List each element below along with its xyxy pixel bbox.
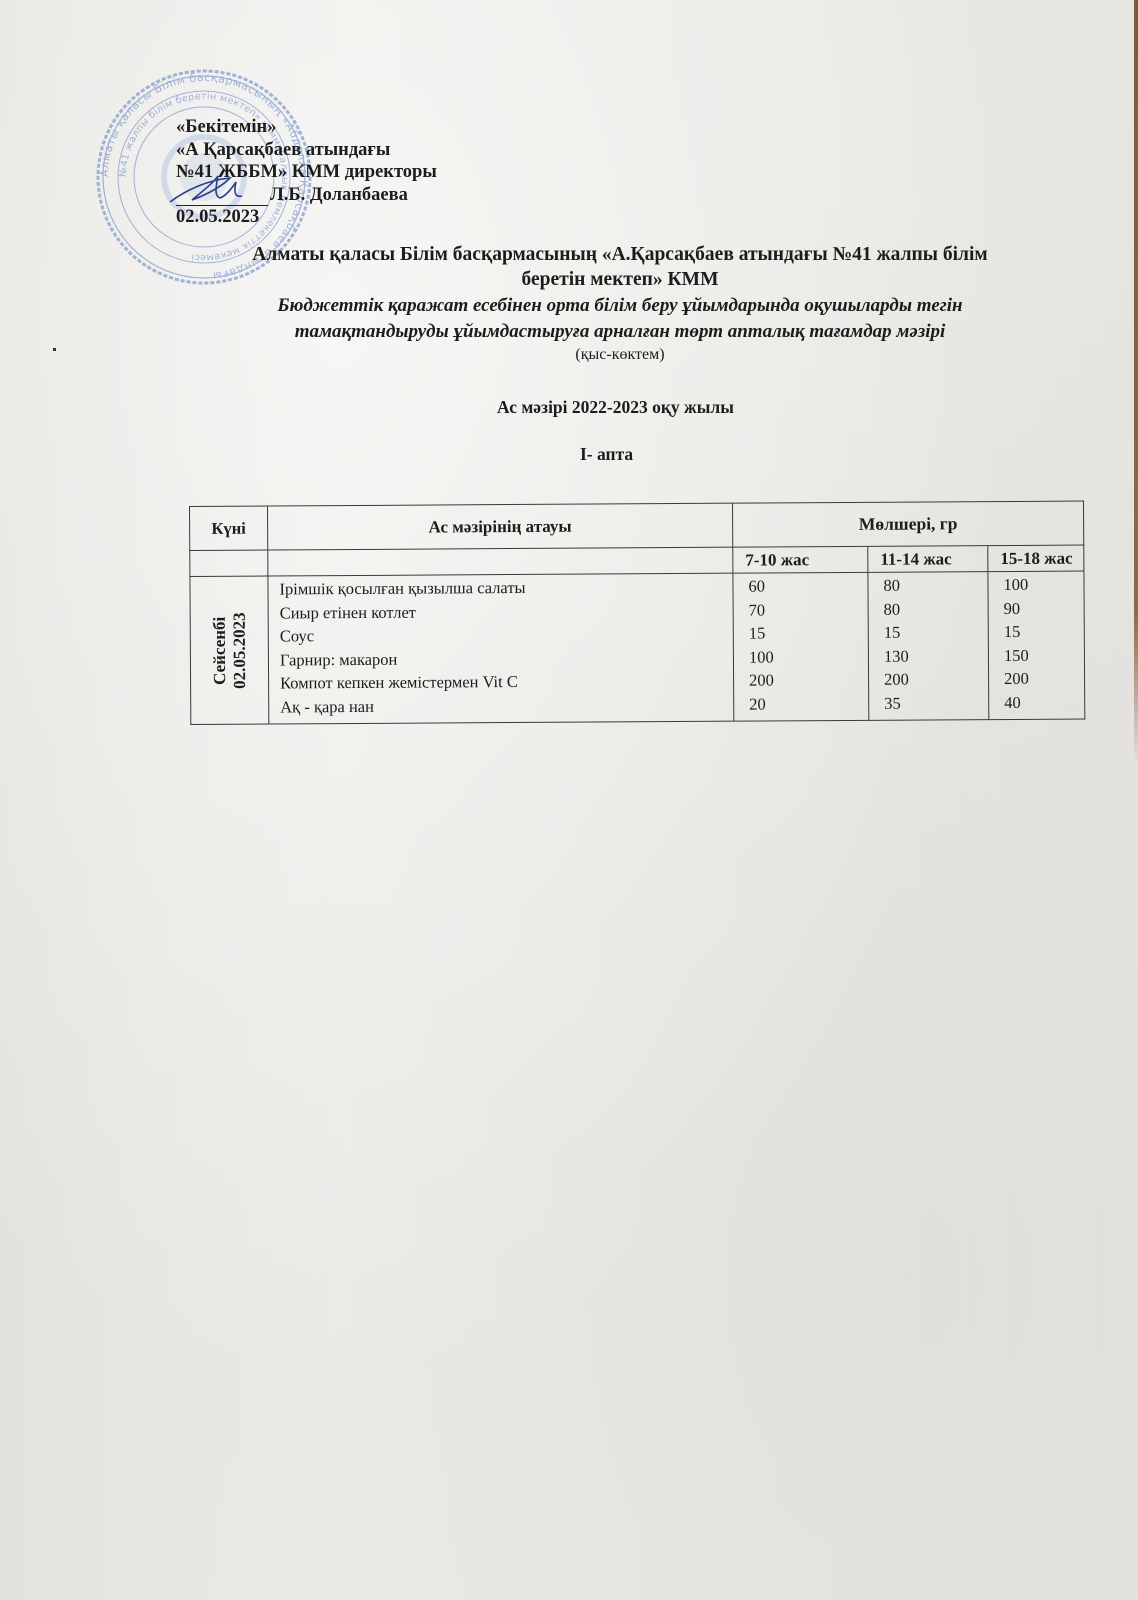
signature-line	[176, 188, 268, 206]
qty-value: 60	[748, 574, 867, 598]
qty-value: 130	[884, 644, 988, 668]
qty-value: 20	[749, 691, 868, 715]
menu-item: Ірімшік қосылған қызылша салаты	[279, 575, 732, 601]
qty-value: 150	[1004, 643, 1084, 667]
qty-value: 200	[1004, 667, 1084, 691]
signature-icon	[168, 172, 248, 206]
menu-item: Компот кепкен жемістермен Vit C	[280, 669, 733, 695]
age-group-header: 11-14 жас	[868, 546, 988, 573]
table-row: Сейсенбі 02.05.2023 Ірімшік қосылған қыз…	[190, 571, 1085, 724]
qty-value: 100	[1003, 573, 1083, 597]
qty-value: 80	[883, 573, 987, 597]
qty-value: 40	[1004, 690, 1084, 714]
qty-value: 15	[1004, 620, 1084, 644]
document-title: Алматы қаласы Білім басқармасының «А.Қар…	[180, 242, 1060, 365]
menu-item: Гарнир: макарон	[280, 645, 733, 671]
qty-value: 200	[884, 667, 988, 691]
table-header-row: Күні Ас мәзірінің атауы Мөлшері, гр	[190, 501, 1084, 550]
approval-line: «А Қарсақбаев атындағы	[176, 139, 437, 162]
menu-item: Соус	[280, 622, 733, 648]
empty-cell	[190, 550, 268, 576]
paper-edge	[1134, 0, 1138, 765]
org-title-line1: Алматы қаласы Білім басқармасының «А.Қар…	[180, 242, 1060, 267]
qty-7-10-cell: 60 70 15 100 200 20	[733, 572, 869, 721]
qty-11-14-cell: 80 80 15 130 200 35	[868, 572, 989, 721]
qty-value: 80	[884, 597, 988, 621]
qty-value: 15	[749, 621, 868, 645]
menu-year-heading: Ас мәзірі 2022-2023 оқу жылы	[497, 397, 734, 418]
empty-cell	[268, 547, 733, 576]
day-cell: Сейсенбі 02.05.2023	[190, 576, 269, 724]
approval-date: 02.05.2023	[176, 206, 437, 229]
qty-value: 90	[1004, 596, 1084, 620]
menu-item: Сиыр етінен котлет	[280, 598, 733, 624]
menu-item: Ақ - қара нан	[280, 692, 733, 718]
week-heading: I- апта	[580, 444, 633, 465]
day-name: Сейсенбі	[209, 612, 229, 689]
qty-value: 35	[884, 691, 988, 715]
org-title-line2: беретін мектеп» КММ	[180, 267, 1060, 292]
age-group-header: 7-10 жас	[733, 546, 868, 573]
subtitle-line2: тамақтандыруды ұйымдастыруға арналған тө…	[180, 319, 1060, 344]
menu-items-cell: Ірімшік қосылған қызылша салаты Сиыр еті…	[268, 573, 734, 724]
qty-value: 200	[749, 668, 868, 692]
menu-table: Күні Ас мәзірінің атауы Мөлшері, гр 7-10…	[189, 501, 1085, 725]
qty-15-18-cell: 100 90 15 150 200 40	[988, 571, 1085, 720]
qty-value: 15	[884, 620, 988, 644]
subtitle-line1: Бюджеттік қаражат есебінен орта білім бе…	[180, 293, 1060, 318]
col-header-day: Күні	[190, 506, 268, 550]
season: (қыс-көктем)	[180, 345, 1060, 365]
day-date: 02.05.2023	[229, 612, 249, 689]
col-header-quantity: Мөлшері, гр	[732, 501, 1083, 547]
col-header-name: Ас мәзірінің атауы	[268, 503, 733, 550]
approval-block: «Бекітемін» «А Қарсақбаев атындағы №41 Ж…	[176, 116, 437, 229]
approval-line: «Бекітемін»	[176, 116, 437, 139]
dot-mark	[53, 348, 56, 351]
qty-value: 100	[749, 644, 868, 668]
signatory-name: Л.Б. Доланбаева	[270, 184, 408, 207]
qty-value: 70	[749, 597, 868, 621]
age-group-header: 15-18 жас	[988, 545, 1084, 572]
